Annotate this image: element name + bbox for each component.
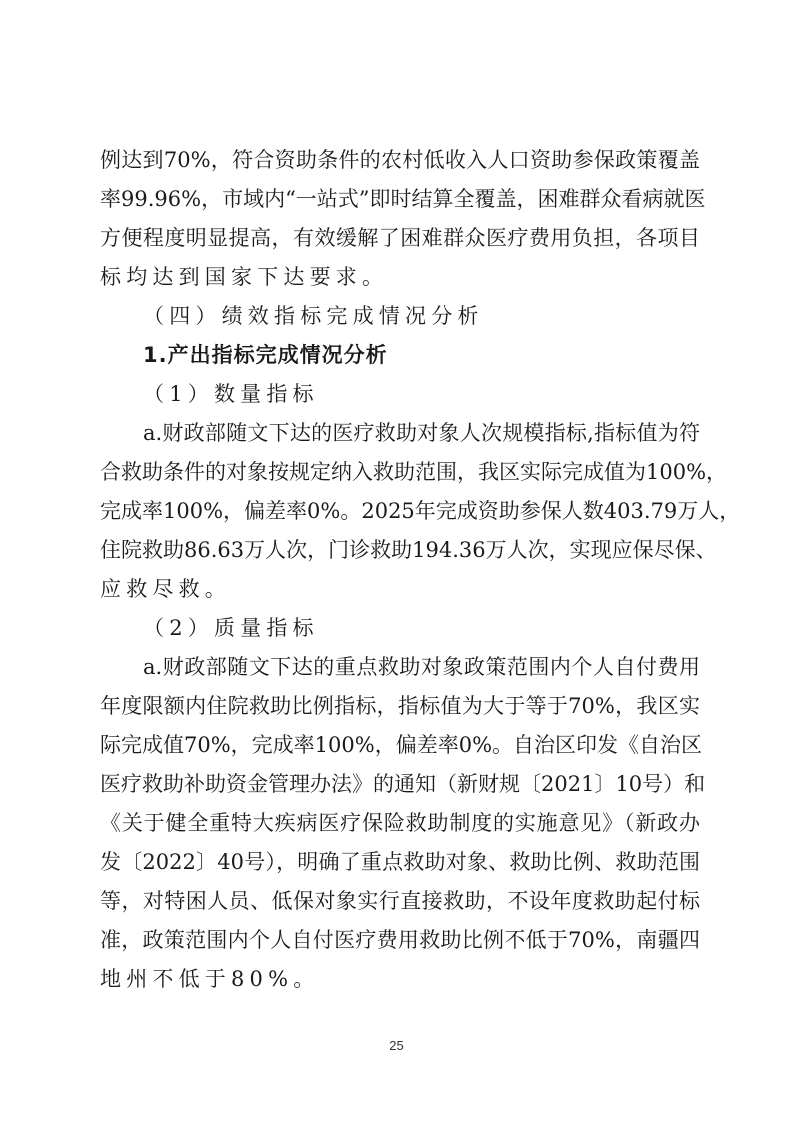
- text-line: （1）数量指标: [143, 380, 700, 408]
- text-line: 发〔2022〕40号），明确了重点救助对象、救助比例、救助范围: [100, 848, 700, 876]
- text-line: a.财政部随文下达的医疗救助对象人次规模指标,指标值为符: [143, 419, 700, 447]
- text-line: 方便程度明显提高，有效缓解了困难群众医疗费用负担，各项目: [100, 224, 700, 252]
- text-line: 住院救助86.63万人次，门诊救助194.36万人次，实现应保尽保、: [100, 536, 700, 564]
- text-line: （四）绩效指标完成情况分析: [143, 302, 700, 330]
- text-line: 《关于健全重特大疾病医疗保险救助制度的实施意见》（新政办: [100, 809, 700, 837]
- page-number: 25: [0, 1038, 793, 1053]
- text-line: 率99.96%，市域内“一站式”即时结算全覆盖，困难群众看病就医: [100, 185, 700, 213]
- text-line: 地州不低于80%。: [100, 965, 700, 993]
- text-line: 完成率100%，偏差率0%。2025年完成资助参保人数403.79万人，: [100, 497, 700, 525]
- text-line: （2）质量指标: [143, 614, 700, 642]
- text-line: 应救尽救。: [100, 575, 700, 603]
- text-line: a.财政部随文下达的重点救助对象政策范围内个人自付费用: [143, 653, 700, 681]
- section-heading: 1.产出指标完成情况分析: [143, 341, 700, 369]
- text-line: 等，对特困人员、低保对象实行直接救助，不设年度救助起付标: [100, 887, 700, 915]
- text-line: 际完成值70%，完成率100%，偏差率0%。自治区印发《自治区: [100, 731, 700, 759]
- text-line: 年度限额内住院救助比例指标，指标值为大于等于70%，我区实: [100, 692, 700, 720]
- text-line: 标均达到国家下达要求。: [100, 263, 700, 291]
- text-line: 准，政策范围内个人自付医疗费用救助比例不低于70%，南疆四: [100, 926, 700, 954]
- text-line: 合救助条件的对象按规定纳入救助范围，我区实际完成值为100%，: [100, 458, 700, 486]
- text-line: 例达到70%，符合资助条件的农村低收入人口资助参保政策覆盖: [100, 146, 700, 174]
- text-line: 医疗救助补助资金管理办法》的通知（新财规〔2021〕10号）和: [100, 770, 700, 798]
